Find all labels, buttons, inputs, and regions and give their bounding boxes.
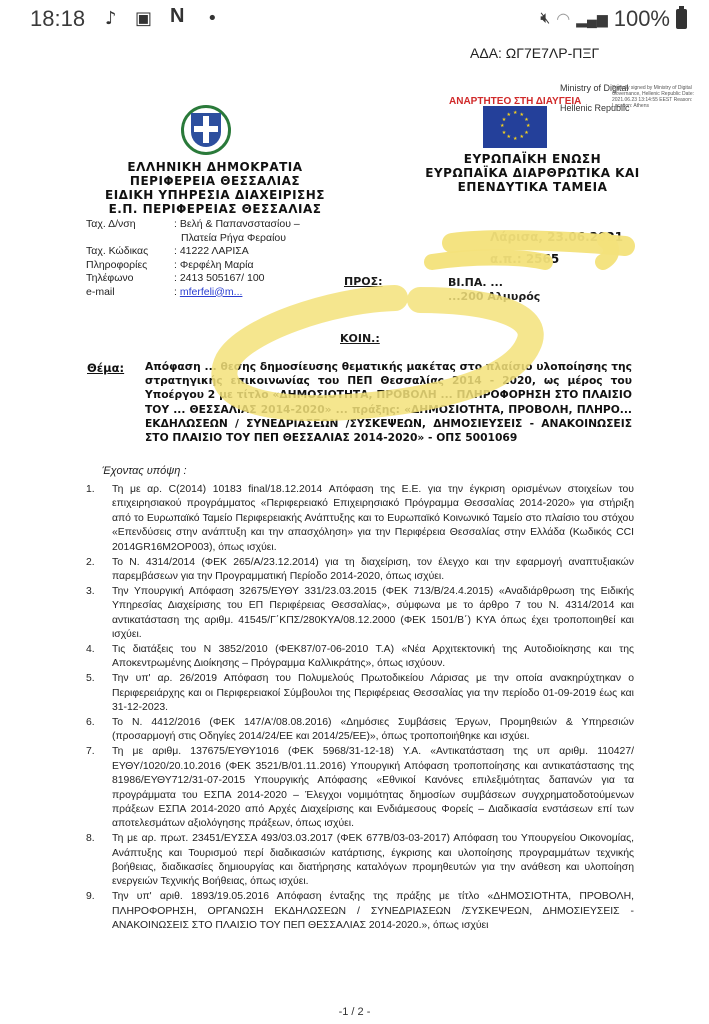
tiktok-icon: ♪ — [105, 8, 117, 29]
document-page[interactable]: ΑΔΑ: ΩΓ7Ε7ΛΡ-ΠΞΓ Ministry of Digital Gov… — [0, 40, 709, 1024]
list-item-number: 9. — [86, 890, 112, 933]
list-item-text: Την υπ' αριθ. 1893/19.05.2016 Απόφαση έν… — [112, 890, 634, 933]
to-label: ΠΡΟΣ: — [344, 275, 383, 288]
star-icon: ★ — [513, 137, 517, 142]
page-number: -1 / 2 - — [0, 1006, 709, 1018]
contact-row: Πληροφορίες: Φερφέλη Μαρία — [86, 259, 381, 273]
gr-header: ΕΛΛΗΝΙΚΗ ΔΗΜΟΚΡΑΤΙΑ ΠΕΡΙΦΕΡΕΙΑ ΘΕΣΣΑΛΙΑΣ… — [85, 160, 345, 216]
subject-text: Απόφαση ... θεσης δημοσίευσης θεματικής … — [145, 360, 632, 445]
to-line: ...200 Αλμυρός — [448, 290, 540, 304]
list-item-number: 2. — [86, 556, 112, 585]
gr-header-line: Ε.Π. ΠΕΡΙΦΕΡΕΙΑΣ ΘΕΣΣΑΛΙΑΣ — [85, 202, 345, 216]
clock: 18:18 — [30, 6, 85, 32]
list-item: 1.Τη με αρ. C(2014) 10183 final/18.12.20… — [86, 483, 634, 555]
battery-icon — [676, 9, 687, 29]
cc-label: ΚΟΙΝ.: — [340, 332, 380, 345]
contact-label: Ταχ. Κώδικας — [86, 245, 174, 259]
protocol-number: α.π.: 2565 — [490, 248, 623, 270]
list-item-text: Τη με αριθμ. 137675/ΕΥΘΥ1016 (ΦΕΚ 5968/3… — [112, 745, 634, 831]
list-item: 3.Την Υπουργική Απόφαση 32675/ΕΥΘΥ 331/2… — [86, 585, 634, 643]
contact-row: e-mail: mferfeli@m... — [86, 286, 381, 300]
to-recipient: ΒΙ.ΠΑ. ... ...200 Αλμυρός — [448, 276, 540, 304]
wifi-icon: ◠ — [556, 9, 570, 29]
contact-label: Ταχ. Δ/νση — [86, 218, 174, 232]
date-block: Λάρισα, 23.06.2021 α.π.: 2565 — [490, 226, 623, 270]
contact-value: : Φερφέλη Μαρία — [174, 259, 374, 273]
subject-label: Θέμα: — [87, 361, 124, 375]
list-item-text: Τη με αρ. C(2014) 10183 final/18.12.2014… — [112, 483, 634, 555]
list-item-text: Το Ν. 4412/2016 (ΦΕΚ 147/Α'/08.08.2016) … — [112, 716, 634, 745]
eu-header-line: ΕΥΡΩΠΑΪΚΑ ΔΙΑΡΘΡΩΤΙΚΑ ΚΑΙ — [420, 166, 645, 180]
contact-row: Πλατεία Ρήγα Φεραίου — [86, 232, 381, 246]
contact-label: Πληροφορίες — [86, 259, 174, 273]
star-icon: ★ — [526, 124, 530, 129]
gr-header-line: ΠΕΡΙΦΕΡΕΙΑ ΘΕΣΣΑΛΙΑΣ — [85, 174, 345, 188]
netflix-icon: N — [170, 5, 184, 28]
list-item-text: Τις διατάξεις του Ν 3852/2010 (ΦΕΚ87/07-… — [112, 643, 634, 672]
list-item: 8.Τη με αρ. πρωτ. 23451/ΕΥΣΣΑ 493/03.03.… — [86, 832, 634, 890]
star-icon: ★ — [507, 135, 511, 140]
eu-flag-icon: ★★★★★★★★★★★★ — [483, 106, 547, 148]
list-item: 4.Τις διατάξεις του Ν 3852/2010 (ΦΕΚ87/0… — [86, 643, 634, 672]
contact-value: Πλατεία Ρήγα Φεραίου — [174, 232, 381, 246]
list-item-number: 4. — [86, 643, 112, 672]
list-item-number: 8. — [86, 832, 112, 890]
contact-value: : 41222 ΛΑΡΙΣΑ — [174, 245, 374, 259]
list-item: 2.Το Ν. 4314/2014 (ΦΕΚ 265/Α/23.12.2014)… — [86, 556, 634, 585]
contact-row: Ταχ. Κώδικας: 41222 ΛΑΡΙΣΑ — [86, 245, 381, 259]
gallery-icon: ▣ — [135, 8, 152, 29]
list-item: 9.Την υπ' αριθ. 1893/19.05.2016 Απόφαση … — [86, 890, 634, 933]
list-item-number: 7. — [86, 745, 112, 831]
contact-label: Τηλέφωνο — [86, 272, 174, 286]
star-icon: ★ — [524, 118, 528, 123]
ada-code: ΑΔΑ: ΩΓ7Ε7ΛΡ-ΠΞΓ — [470, 45, 599, 61]
list-item: 6.Το Ν. 4412/2016 (ΦΕΚ 147/Α'/08.08.2016… — [86, 716, 634, 745]
to-line: ΒΙ.ΠΑ. ... — [448, 276, 540, 290]
eu-header-line: ΕΠΕΝΔΥΤΙΚΑ ΤΑΜΕΙΑ — [420, 180, 645, 194]
eu-header-line: ΕΥΡΩΠΑΪΚΗ ΕΝΩΣΗ — [420, 152, 645, 166]
considerations-list: 1.Τη με αρ. C(2014) 10183 final/18.12.20… — [86, 483, 634, 934]
contact-label — [86, 232, 174, 246]
eu-header: ΕΥΡΩΠΑΪΚΗ ΕΝΩΣΗ ΕΥΡΩΠΑΪΚΑ ΔΙΑΡΘΡΩΤΙΚΑ ΚΑ… — [420, 152, 645, 194]
star-icon: ★ — [502, 118, 506, 123]
contact-info: Ταχ. Δ/νση: Βελή & Παπανσστασίου – Πλατε… — [86, 218, 381, 299]
email-link[interactable]: mferfeli@m... — [180, 286, 243, 298]
contact-row: Τηλέφωνο: 2413 505167/ 100 — [86, 272, 381, 286]
list-item-number: 6. — [86, 716, 112, 745]
gr-header-line: ΕΛΛΗΝΙΚΗ ΔΗΜΟΚΡΑΤΙΑ — [85, 160, 345, 174]
list-item-text: Το Ν. 4314/2014 (ΦΕΚ 265/Α/23.12.2014) γ… — [112, 556, 634, 585]
document-date: Λάρισα, 23.06.2021 — [490, 226, 623, 248]
star-icon: ★ — [524, 131, 528, 136]
list-item-number: 3. — [86, 585, 112, 643]
star-icon: ★ — [507, 113, 511, 118]
greek-emblem-icon — [181, 105, 231, 155]
list-item-number: 1. — [86, 483, 112, 555]
signal-icon: ▂▄▆ — [576, 11, 607, 28]
star-icon: ★ — [502, 131, 506, 136]
list-item: 7.Τη με αριθμ. 137675/ΕΥΘΥ1016 (ΦΕΚ 5968… — [86, 745, 634, 831]
contact-label: e-mail — [86, 286, 174, 300]
star-icon: ★ — [520, 135, 524, 140]
status-right: 🔇︎ ◠ ▂▄▆ 100% — [540, 6, 687, 32]
star-icon: ★ — [500, 124, 504, 129]
star-icon: ★ — [513, 111, 517, 116]
list-item-text: Την υπ' αρ. 26/2019 Απόφαση του Πολυμελο… — [112, 672, 634, 715]
signature-details: Digitally signed by Ministry of Digital … — [612, 85, 707, 109]
list-item-text: Τη με αρ. πρωτ. 23451/ΕΥΣΣΑ 493/03.03.20… — [112, 832, 634, 890]
dot-icon: • — [207, 8, 218, 29]
considering-heading: Έχοντας υπόψη : — [102, 465, 187, 477]
gr-header-line: ΕΙΔΙΚΗ ΥΠΗΡΕΣΙΑ ΔΙΑΧΕΙΡΙΣΗΣ — [85, 188, 345, 202]
status-bar: 18:18 ♪ ▣ N • 🔇︎ ◠ ▂▄▆ 100% — [0, 0, 709, 40]
contact-value: : Βελή & Παπανσστασίου – — [174, 218, 374, 232]
list-item: 5.Την υπ' αρ. 26/2019 Απόφαση του Πολυμε… — [86, 672, 634, 715]
list-item-text: Την Υπουργική Απόφαση 32675/ΕΥΘΥ 331/23.… — [112, 585, 634, 643]
contact-row: Ταχ. Δ/νση: Βελή & Παπανσστασίου – — [86, 218, 381, 232]
list-item-number: 5. — [86, 672, 112, 715]
battery-percent: 100% — [614, 6, 670, 32]
vibrate-icon: 🔇︎ — [540, 10, 550, 28]
